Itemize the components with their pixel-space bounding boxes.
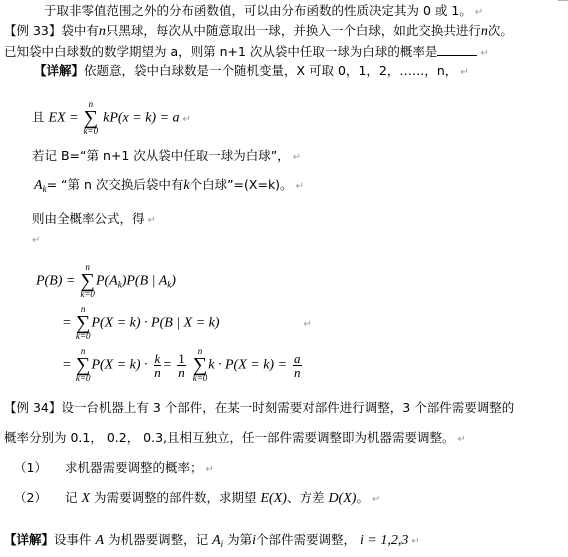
paragraph-mark-icon: ↵ [205,464,213,475]
fraction: an [293,352,302,379]
example-34-tag: 【例 34】 [4,400,61,415]
denominator: n [178,366,185,379]
formula-body: P(X = k) · P(B | X = k) [91,316,219,331]
example-34-line2: 概率分别为 0.1， 0.2， 0.3,且相互独立，任一部件需要调整即为机器需要… [4,430,466,448]
formula-body: kP(x = k) = a [103,111,179,126]
formula-part: P(X = k) · [91,358,147,373]
formula-part: k · P(X = k) = [208,358,287,373]
question-number: （1） [14,460,47,475]
sigma-icon: ∑ [76,356,90,374]
example-33-tag: 【例 33】 [4,23,61,38]
text: 。 [356,490,369,505]
sigma-icon: ∑ [81,272,95,290]
equation-line-2: = n∑k=0P(X = k) · P(B | X = k) ↵ [63,305,312,341]
text: 个部件需要调整， [256,532,356,547]
sum-lower: k=0 [76,332,91,341]
paragraph-mark-icon: ↵ [460,67,468,78]
text: 为第 [227,532,252,547]
intro-text: 于取非零值范围之外的分布函数值，可以由分布函数的性质决定其为 0 或 1。 [44,3,472,18]
formula-part: )P(B | A [122,274,168,289]
text: 则由全概率公式，得 [32,211,145,226]
var-x: X [81,491,90,506]
denominator: n [294,366,301,379]
equation-line-1: P(B) = n∑k=0P(Ak)P(B | Ak) [36,263,176,301]
sum-lower: k=0 [76,374,91,383]
text: 记 [65,490,78,505]
answer-blank[interactable] [437,43,477,56]
paragraph-mark-icon: ↵ [183,114,191,125]
question-number: （2） [14,490,47,505]
solution-tag: 【详解】 [34,63,84,78]
text: 次。 [488,23,513,38]
equals-sign: = [63,316,71,331]
numerator: 1 [177,352,186,366]
paragraph-mark-icon: ↵ [32,235,40,246]
expectation-formula: 且 EX = n∑k=0 kP(x = k) = a↵ [32,100,191,136]
var-a: A [34,178,43,193]
sum-lower: k=0 [84,127,99,136]
text: 设事件 [54,532,92,547]
question-text: 求机器需要调整的概率； [65,460,203,475]
paragraph-mark-icon: ↵ [411,536,419,547]
example-34-line1: 【例 34】设一台机器上有 3 个部件，在某一时刻需要对部件进行调整，3 个部件… [4,400,514,416]
text: 概率分别为 0.1， 0.2， 0.3,且相互独立，任一部件需要调整即为机器需要… [4,430,455,445]
text: 为机器要调整，记 [108,532,208,547]
text: 若记 B=“第 n+1 次从袋中任取一球为白球”， [32,148,290,163]
solution-34: 【详解】设事件 A 为机器要调整，记 Ai 为第i个部件需要调整， i = 1,… [4,532,420,552]
page-edge-mark [558,0,568,1]
event-b-definition: 若记 B=“第 n+1 次从袋中任取一球为白球”，↵ [32,148,301,166]
index-range: i = 1,2,3 [360,533,408,548]
var-n: n [481,24,488,39]
expectation-symbol: E(X) [261,491,287,506]
denominator: n [154,366,161,379]
equation-line-3: = n∑k=0P(X = k) · kn= 1n n∑k=0k · P(X = … [63,347,304,383]
text: 只黑球，每次从中随意取出一球，并换入一个白球，如此交换共进行 [106,23,481,38]
text: 、方差 [287,490,325,505]
sum-symbol: n∑k=0 [76,347,91,383]
event-ak-definition: Ak= “第 n 次交换后袋中有k个白球”=(X=k)。↵ [34,177,304,197]
text: 依题意，袋中白球数是一个随机变量，X 可取 0，1，2，……，n， [84,63,457,78]
total-probability-line: 则由全概率公式，得↵ [32,211,156,229]
question-2: （2）记 X 为需要调整的部件数，求期望 E(X)、方差 D(X)。↵ [14,490,380,508]
sigma-icon: ∑ [193,356,207,374]
paragraph-mark-icon: ↵ [148,215,156,226]
empty-line: ↵ [32,231,40,249]
equals-sign: = [63,358,71,373]
numerator: a [293,352,302,366]
sum-symbol: n∑k=0 [80,263,95,299]
solution-33-intro: 【详解】依题意，袋中白球数是一个随机变量，X 可取 0，1，2，……，n，↵ [34,63,469,81]
sum-symbol: n∑k=0 [84,100,99,136]
formula-lhs: EX = [49,111,79,126]
text: 且 [32,110,45,125]
formula-part: ) [171,274,176,289]
example-33-line1: 【例 33】袋中有n只黑球，每次从中随意取出一球，并换入一个白球，如此交换共进行… [4,23,513,40]
text: 个白球”=(X=k)。 [190,177,293,192]
sum-lower: k=0 [80,290,95,299]
intro-line: 于取非零值范围之外的分布函数值，可以由分布函数的性质决定其为 0 或 1。↵ [44,3,483,21]
text: 已知袋中白球数的数学期望为 a，则第 n+1 次从袋中任取一球为白球的概率是 [4,44,437,59]
paragraph-mark-icon: ↵ [475,7,483,18]
variance-symbol: D(X) [328,491,356,506]
sum-symbol: n∑k=0 [76,305,91,341]
text: = “第 n 次交换后袋中有 [47,177,184,192]
var-a: A [96,533,105,548]
text: 为需要调整的部件数，求期望 [94,490,257,505]
formula-lhs: P(B) = [36,274,75,289]
paragraph-mark-icon: ↵ [296,181,304,192]
formula-part: P(A [96,274,118,289]
question-1: （1）求机器需要调整的概率；↵ [14,460,214,478]
fraction: kn [154,352,162,379]
paragraph-mark-icon: ↵ [304,319,312,330]
sigma-icon: ∑ [76,314,90,332]
var-n: n [99,24,106,39]
var-a: A [212,533,221,548]
fraction: 1n [177,352,186,379]
solution-tag: 【详解】 [4,532,54,547]
sigma-icon: ∑ [84,109,98,127]
example-33-line2: 已知袋中白球数的数学期望为 a，则第 n+1 次从袋中任取一球为白球的概率是↵ [4,43,489,62]
subscript: i [221,539,224,549]
paragraph-mark-icon: ↵ [458,434,466,445]
numerator: k [154,352,162,366]
paragraph-mark-icon: ↵ [372,494,380,505]
text: 设一台机器上有 3 个部件，在某一时刻需要对部件进行调整，3 个部件需要调整的 [61,400,514,415]
paragraph-mark-icon: ↵ [293,152,301,163]
text: 袋中有 [61,23,99,38]
sum-lower: k=0 [193,374,208,383]
paragraph-mark-icon: ↵ [480,48,488,59]
sum-symbol: n∑k=0 [193,347,208,383]
equals-sign: = [163,358,171,373]
